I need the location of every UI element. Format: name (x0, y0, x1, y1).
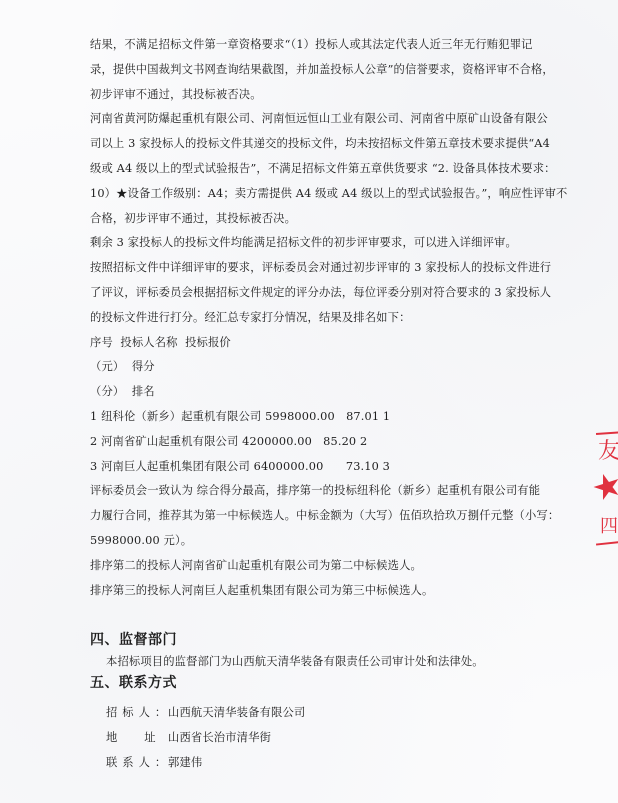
contact-address: 地址： 山西省长治市清华街 (90, 725, 530, 750)
contact-label: 招标人： (106, 700, 168, 725)
text-line: 初步评审不通过，其投标被否决。 (90, 83, 530, 108)
results-table-header: （元） 得分 (90, 355, 530, 380)
text-line: 河南省黄河防爆起重机有限公司、河南恒远恒山工业有限公司、河南省中原矿山设备有限公 (90, 107, 530, 132)
contact-tenderer: 招标人： 山西航天清华装备有限公司 (90, 700, 530, 725)
stamp-border (596, 540, 618, 545)
paragraph-remaining-bidders: 剩余 3 家投标人的投标文件均能满足招标文件的初步评审要求，可以进入详细评审。 (90, 231, 530, 256)
paragraph-second-candidate: 排序第二的投标人河南省矿山起重机有限公司为第二中标候选人。 (90, 554, 530, 579)
paragraph-technical-failure: 河南省黄河防爆起重机有限公司、河南恒远恒山工业有限公司、河南省中原矿山设备有限公… (90, 107, 530, 231)
text-line: 级或 A4 级以上的型式试验报告”，不满足招标文件第五章供货要求 “2. 设备具… (90, 157, 530, 182)
results-table: 序号 投标人名称 投标报价 （元） 得分 （分） 排名 1 纽科伦（新乡）起重机… (90, 331, 530, 480)
text-line: 按照招标文件中详细评审的要求，评标委员会对通过初步评审的 3 家投标人的投标文件… (90, 256, 530, 281)
paragraph-detailed-review: 按照招标文件中详细评审的要求，评标委员会对通过初步评审的 3 家投标人的投标文件… (90, 256, 530, 330)
red-seal-stamp: 友 ★ 四 (592, 420, 618, 548)
scanned-document-page: 结果，不满足招标文件第一章资格要求“（1）投标人或其法定代表人近三年无行贿犯罪记… (0, 0, 618, 803)
stamp-char: 友 (598, 434, 618, 465)
text-line: 结果，不满足招标文件第一章资格要求“（1）投标人或其法定代表人近三年无行贿犯罪记 (90, 33, 530, 58)
results-table-row: 1 纽科伦（新乡）起重机有限公司 5998000.00 87.01 1 (90, 405, 530, 430)
stamp-star-icon: ★ (587, 466, 618, 508)
text-line: 合格，初步评审不通过，其投标被否决。 (90, 207, 530, 232)
text-line: 的投标文件进行打分。经汇总专家打分情况，结果及排名如下： (90, 306, 530, 331)
results-table-row: 2 河南省矿山起重机有限公司 4200000.00 85.20 2 (90, 430, 530, 455)
text-line: 排序第三的投标人河南巨人起重机集团有限公司为第三中标候选人。 (90, 579, 530, 604)
contact-label: 联系人： (106, 750, 168, 775)
section-heading-contact: 五、联系方式 (90, 672, 530, 694)
supervision-body: 本招标项目的监督部门为山西航天清华装备有限责任公司审计处和法律处。 (90, 651, 530, 672)
section-spacer (90, 603, 530, 629)
section-heading-supervision: 四、监督部门 (90, 629, 530, 651)
document-body: 结果，不满足招标文件第一章资格要求“（1）投标人或其法定代表人近三年无行贿犯罪记… (90, 33, 530, 775)
paragraph-first-candidate: 评标委员会一致认为 综合得分最高，排序第一的投标纽科伦（新乡）起重机有限公司有能… (90, 479, 530, 553)
contact-value: 山西省长治市清华街 (168, 725, 271, 750)
contact-label: 地址： (106, 725, 168, 750)
results-table-header: （分） 排名 (90, 380, 530, 405)
text-line: 司以上 3 家投标人的投标文件其递交的投标文件，均未按招标文件第五章技术要求提供… (90, 132, 530, 157)
text-line: 排序第二的投标人河南省矿山起重机有限公司为第二中标候选人。 (90, 554, 530, 579)
paragraph-third-candidate: 排序第三的投标人河南巨人起重机集团有限公司为第三中标候选人。 (90, 579, 530, 604)
text-line: 力履行合同，推荐其为第一中标候选人。中标金额为（大写）伍佰玖拾玖万捌仟元整（小写… (90, 504, 530, 529)
results-table-row: 3 河南巨人起重机集团有限公司 6400000.00 73.10 3 (90, 455, 530, 480)
text-line: 5998000.00 元）。 (90, 529, 530, 554)
contact-value: 郭建伟 (168, 750, 202, 775)
text-line: 了评议，评标委员会根据招标文件规定的评分办法，每位评委分别对符合要求的 3 家投… (90, 281, 530, 306)
stamp-char: 四 (600, 512, 618, 538)
text-line: 评标委员会一致认为 综合得分最高，排序第一的投标纽科伦（新乡）起重机有限公司有能 (90, 479, 530, 504)
paragraph-qualification-failure: 结果，不满足招标文件第一章资格要求“（1）投标人或其法定代表人近三年无行贿犯罪记… (90, 33, 530, 107)
text-line: 录，提供中国裁判文书网查询结果截图，并加盖投标人公章”的信誉要求，资格评审不合格… (90, 58, 530, 83)
contact-person: 联系人： 郭建伟 (90, 750, 530, 775)
text-line: 10）★设备工作级别：A4；卖方需提供 A4 级或 A4 级以上的型式试验报告。… (90, 182, 530, 207)
text-line: 剩余 3 家投标人的投标文件均能满足招标文件的初步评审要求，可以进入详细评审。 (90, 231, 530, 256)
results-table-header: 序号 投标人名称 投标报价 (90, 331, 530, 356)
contact-value: 山西航天清华装备有限公司 (168, 700, 305, 725)
